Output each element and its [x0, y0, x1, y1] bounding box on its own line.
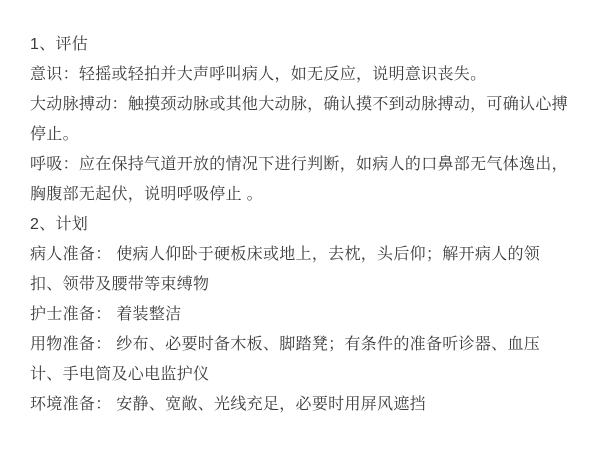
item-label: 护士准备： [30, 306, 112, 323]
paragraph-consciousness: 意识：轻摇或轻拍并大声呼叫病人，如无反应，说明意识丧失。 [30, 60, 572, 90]
paragraph-breathing: 呼吸：应在保持气道开放的情况下进行判断，如病人的口鼻部无气体逸出，胸腹部无起伏，… [30, 150, 572, 210]
item-content: 轻摇或轻拍并大声呼叫病人，如无反应，说明意识丧失。 [79, 66, 487, 83]
item-label: 意识： [30, 66, 79, 83]
item-content: 安静、宽敞、光线充足，必要时用屏风遮挡 [112, 396, 426, 413]
paragraph-artery-pulse: 大动脉搏动：触摸颈动脉或其他大动脉，确认摸不到动脉搏动，可确认心搏停止。 [30, 90, 572, 150]
paragraph-patient-prep: 病人准备： 使病人仰卧于硬板床或地上，去枕，头后仰；解开病人的领扣、领带及腰带等… [30, 240, 572, 300]
item-label: 大动脉搏动： [30, 96, 128, 113]
item-label: 用物准备： [30, 336, 112, 353]
document-page: 1、评估 意识：轻摇或轻拍并大声呼叫病人，如无反应，说明意识丧失。 大动脉搏动：… [0, 0, 600, 450]
document-content: 1、评估 意识：轻摇或轻拍并大声呼叫病人，如无反应，说明意识丧失。 大动脉搏动：… [0, 0, 600, 420]
section-heading-assessment: 1、评估 [30, 30, 572, 60]
item-content: 着装整洁 [112, 306, 182, 323]
item-label: 环境准备： [30, 396, 112, 413]
item-label: 呼吸： [30, 156, 79, 173]
paragraph-nurse-prep: 护士准备： 着装整洁 [30, 300, 572, 330]
item-content: 应在保持气道开放的情况下进行判断，如病人的口鼻部无气体逸出，胸腹部无起伏，说明呼… [30, 156, 568, 203]
paragraph-supplies-prep: 用物准备： 纱布、必要时备木板、脚踏凳；有条件的准备听诊器、血压计、手电筒及心电… [30, 330, 572, 390]
section-heading-plan: 2、计划 [30, 210, 572, 240]
item-label: 病人准备： [30, 246, 112, 263]
paragraph-environment-prep: 环境准备： 安静、宽敞、光线充足，必要时用屏风遮挡 [30, 390, 572, 420]
